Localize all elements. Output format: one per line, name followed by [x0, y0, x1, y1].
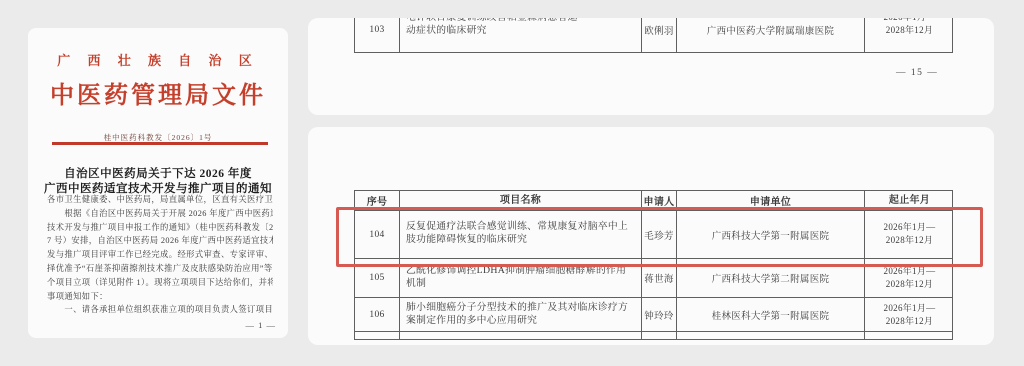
cell-seq: 105 — [355, 259, 400, 297]
cell-dates: 2026年1月— 2028年12月 — [865, 298, 954, 331]
body-line: 择优准予“石崖茶抑菌擦剂技术推广及皮肤感染防治应用”等 110 — [47, 262, 273, 276]
cell-applicant: 欧俐羽 — [642, 18, 677, 52]
cell-seq: 106 — [355, 298, 400, 331]
body-line: 7 号）安排，自治区中医药局 2026 年度广西中医药适宜技术开 — [47, 234, 273, 248]
cell-project-name: 肺小细胞癌分子分型技术的推广及其对临床诊疗方案制定作用的多中心应用研究 — [400, 298, 642, 331]
cell-organization: 广西科技大学第二附属医院 — [677, 259, 865, 297]
cell-organization: 广西科技大学第一附属医院 — [677, 211, 865, 258]
projects-table-fragment: 103 电针联合康复训练改善帕金森病患者运 动症状的临床研究 欧俐羽 广西中医药… — [354, 18, 953, 53]
date-start: 2026年1月— — [865, 302, 954, 315]
cell-seq: 103 — [355, 18, 400, 52]
document-type-title: 中医药管理局文件 — [28, 75, 288, 110]
notice-title-line1: 自治区中医药局关于下达 2026 年度 — [28, 167, 288, 182]
screenshot-canvas: { "colors": { "background": "#ecebeb", "… — [0, 0, 1024, 366]
cell-empty — [355, 332, 400, 339]
table-row-103: 103 电针联合康复训练改善帕金森病患者运 动症状的临床研究 欧俐羽 广西中医药… — [355, 18, 952, 52]
cell-dates: 2026年1月— 2028年12月 — [865, 211, 954, 258]
cell-empty — [677, 332, 865, 339]
table-row-106: 106 肺小细胞癌分子分型技术的推广及其对临床诊疗方案制定作用的多中心应用研究 … — [355, 298, 952, 332]
cell-applicant: 毛珍芳 — [642, 211, 677, 258]
cell-empty — [865, 332, 954, 339]
cell-empty — [400, 332, 642, 340]
body-line: 事项通知如下： — [47, 290, 273, 304]
body-line: 技术开发与推广项目申报工作的通知》（桂中医药科教发〔2025〕 — [47, 221, 273, 235]
date-end: 2028年12月 — [865, 315, 954, 328]
page-number-1: — 1 — — [246, 320, 277, 330]
cell-organization: 桂林医科大学第一附属医院 — [677, 298, 865, 331]
document-page-1: 广 西 壮 族 自 治 区 中医药管理局文件 桂中医药科教发〔2026〕1号 自… — [28, 28, 288, 338]
body-line: 发与推广项目评审工作已经完成。经形式审查、专家评审、公示， — [47, 248, 273, 262]
org-name-line: 广 西 壮 族 自 治 区 — [28, 50, 288, 69]
cell-organization: 广西中医药大学附属瑞康医院 — [677, 18, 865, 52]
document-page-16-fragment: 序号 项目名称 申请人 申请单位 起止年月 104 反复促通疗法联合感觉训练、常… — [308, 127, 994, 345]
header-seq: 序号 — [355, 191, 400, 210]
body-line: 个项目立项（详见附件 1）。现将立项项目下达给你们，并将有关 — [47, 276, 273, 290]
header-applicant: 申请人 — [642, 191, 677, 210]
cell-dates: 2026年1月— 2028年12月 — [865, 18, 954, 52]
header-organization: 申请单位 — [677, 191, 865, 210]
cell-project-name: 电针联合康复训练改善帕金森病患者运 动症状的临床研究 — [400, 18, 642, 52]
body-line: 各市卫生健康委、中医药局，局直属单位，区直有关医疗卫生单位： — [47, 193, 273, 207]
date-end: 2028年12月 — [865, 24, 954, 37]
projects-table: 序号 项目名称 申请人 申请单位 起止年月 104 反复促通疗法联合感觉训练、常… — [354, 190, 953, 340]
cell-seq: 104 — [355, 211, 400, 258]
cell-applicant: 钟玲玲 — [642, 298, 677, 331]
body-line: 一、请各承担单位组织获准立项的项目负责人签订项目合同， — [47, 303, 273, 317]
cell-applicant: 蒋世海 — [642, 259, 677, 297]
header-project-name: 项目名称 — [400, 191, 642, 210]
cell-project-name: 乙酰化修饰调控LDHA抑制肿瘤细胞糖酵解的作用机制 — [400, 259, 642, 297]
document-page-15-fragment: 103 电针联合康复训练改善帕金森病患者运 动症状的临床研究 欧俐羽 广西中医药… — [308, 18, 994, 115]
table-row-clipped — [355, 332, 952, 339]
notice-body: 各市卫生健康委、中医药局，局直属单位，区直有关医疗卫生单位： 根据《自治区中医药… — [47, 193, 273, 317]
date-end: 2028年12月 — [865, 234, 954, 247]
cell-dates: 2026年1月— 2028年12月 — [865, 259, 954, 297]
date-start: 2026年1月— — [865, 265, 954, 278]
page-number-15: — 15 — — [896, 68, 938, 78]
cell-project-name: 反复促通疗法联合感觉训练、常规康复对脑卒中上肢功能障碍恢复的临床研究 — [400, 211, 642, 258]
cell-empty — [642, 332, 677, 339]
body-line: 根据《自治区中医药局关于开展 2026 年度广西中医药适宜 — [47, 207, 273, 221]
table-header-row: 序号 项目名称 申请人 申请单位 起止年月 — [355, 191, 952, 211]
table-row-104: 104 反复促通疗法联合感觉训练、常规康复对脑卒中上肢功能障碍恢复的临床研究 毛… — [355, 211, 952, 259]
date-end: 2028年12月 — [865, 278, 954, 291]
project-name-line2: 动症状的临床研究 — [406, 24, 635, 37]
red-divider-rule — [52, 142, 268, 145]
table-row-105: 105 乙酰化修饰调控LDHA抑制肿瘤细胞糖酵解的作用机制 蒋世海 广西科技大学… — [355, 259, 952, 298]
date-start: 2026年1月— — [865, 221, 954, 234]
header-dates: 起止年月 — [865, 191, 954, 210]
